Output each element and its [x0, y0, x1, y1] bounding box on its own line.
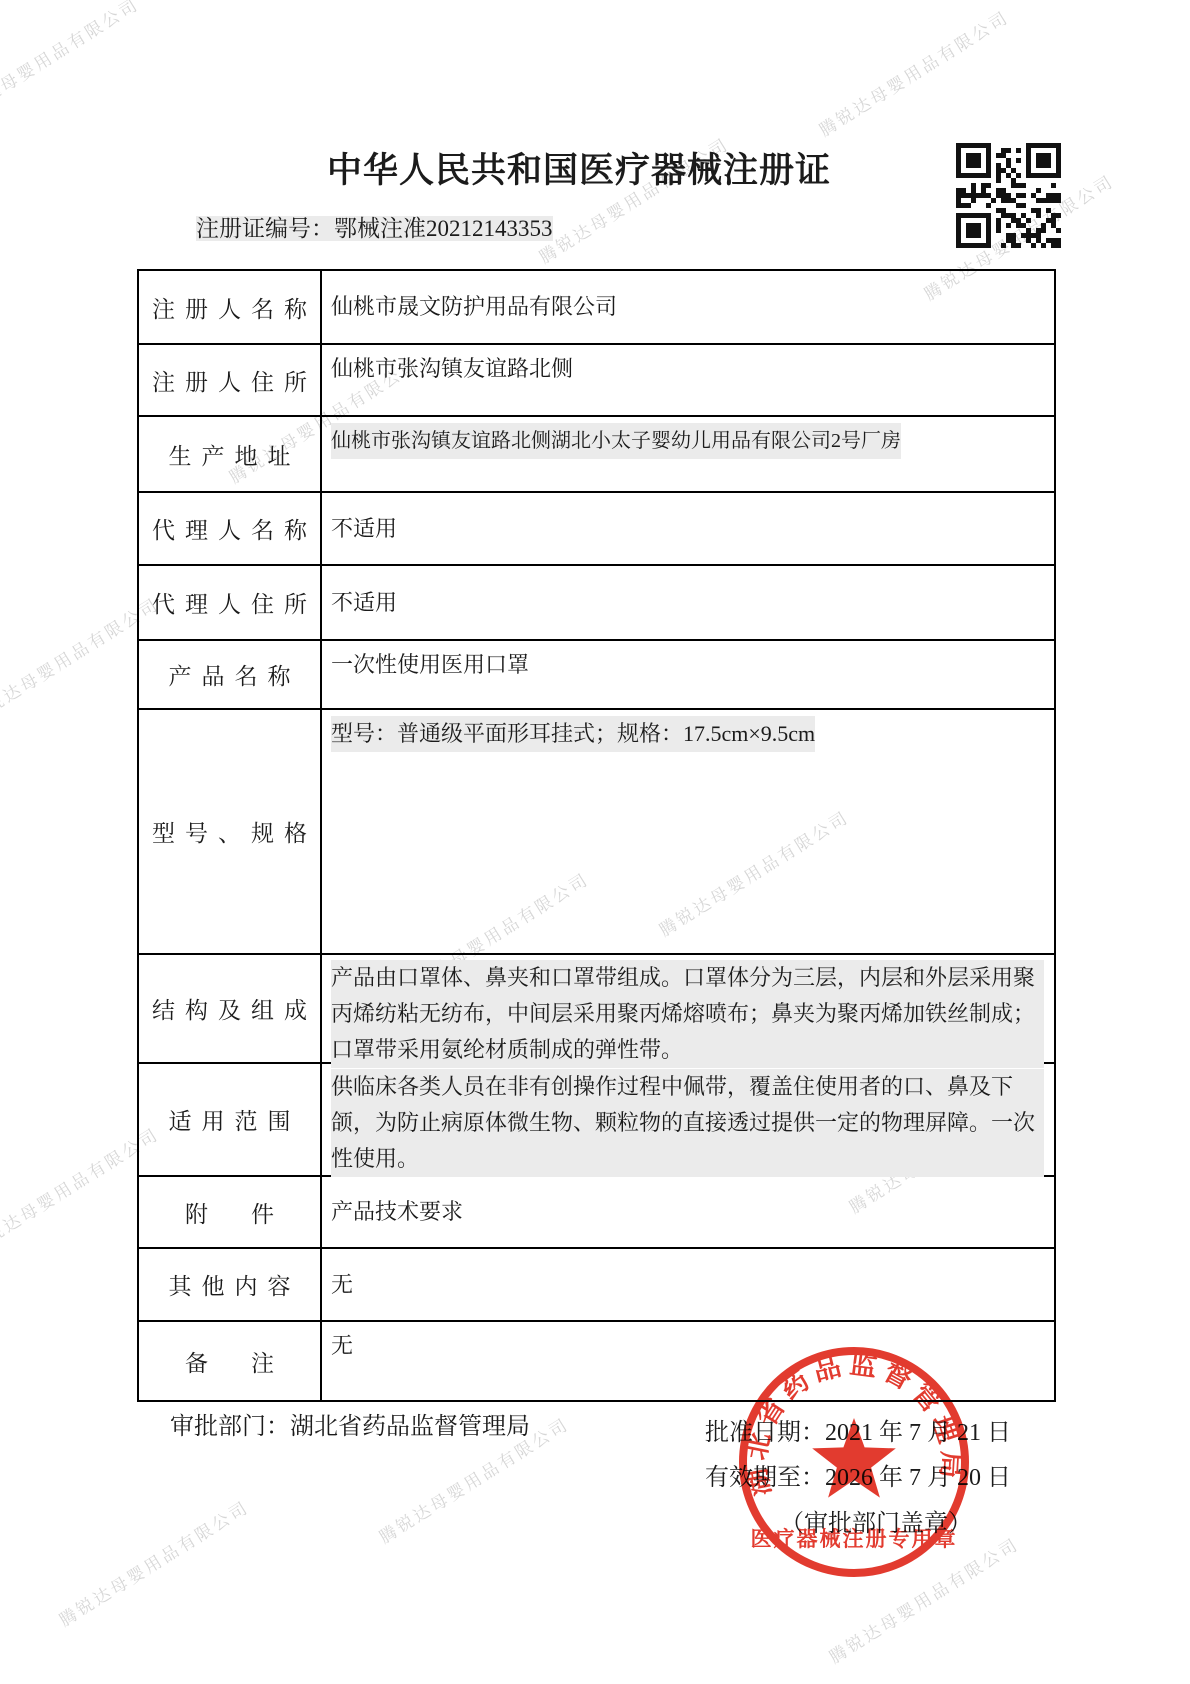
row-label: 产品名称: [139, 641, 322, 708]
qr-code-icon: [956, 143, 1061, 248]
table-row: 附 件 产品技术要求: [139, 1175, 1054, 1247]
row-label: 代理人名称: [139, 493, 322, 564]
table-row: 注册人住所 仙桃市张沟镇友谊路北侧: [139, 343, 1054, 415]
watermark-text: 腾锐达母婴用品有限公司: [53, 1493, 253, 1631]
row-value: 一次性使用医用口罩: [322, 641, 1054, 708]
row-value-text: 无: [331, 1328, 353, 1364]
table-row: 代理人名称 不适用: [139, 491, 1054, 564]
row-label: 其他内容: [139, 1249, 322, 1320]
row-value: 不适用: [322, 566, 1054, 639]
row-value-text: 一次性使用医用口罩: [331, 647, 529, 683]
row-value-text: 供临床各类人员在非有创操作过程中佩带，覆盖住使用者的口、鼻及下颌，为防止病原体微…: [331, 1069, 1044, 1177]
row-value-text: 不适用: [331, 511, 397, 547]
table-row: 型号、规格 型号：普通级平面形耳挂式；规格：17.5cm×9.5cm: [139, 708, 1054, 953]
table-row: 代理人住所 不适用: [139, 564, 1054, 639]
row-value-text: 型号：普通级平面形耳挂式；规格：17.5cm×9.5cm: [331, 716, 815, 752]
row-value-text: 仙桃市张沟镇友谊路北侧: [331, 351, 573, 387]
row-label: 备 注: [139, 1322, 322, 1400]
row-value-text: 仙桃市晟文防护用品有限公司: [331, 289, 617, 325]
row-value-text: 不适用: [331, 585, 397, 621]
row-value: 不适用: [322, 493, 1054, 564]
watermark-text: 腾锐达母婴用品有限公司: [813, 3, 1013, 141]
table-row: 适用范围 供临床各类人员在非有创操作过程中佩带，覆盖住使用者的口、鼻及下颌，为防…: [139, 1062, 1054, 1175]
row-label: 注册人名称: [139, 271, 322, 343]
row-value: 无: [322, 1249, 1054, 1320]
table-row: 结构及组成 产品由口罩体、鼻夹和口罩带组成。口罩体分为三层，内层和外层采用聚丙烯…: [139, 953, 1054, 1062]
row-value-text: 无: [331, 1267, 353, 1303]
row-value-text: 仙桃市张沟镇友谊路北侧湖北小太子婴幼儿用品有限公司2号厂房: [331, 423, 901, 459]
row-label: 生产地址: [139, 417, 322, 491]
row-value: 型号：普通级平面形耳挂式；规格：17.5cm×9.5cm: [322, 710, 1054, 953]
watermark-text: 腾锐达母婴用品有限公司: [0, 0, 143, 128]
row-label: 结构及组成: [139, 955, 322, 1062]
row-label: 注册人住所: [139, 345, 322, 415]
row-value-text: 产品技术要求: [331, 1194, 463, 1230]
row-label: 附 件: [139, 1177, 322, 1247]
row-value: 产品技术要求: [322, 1177, 1054, 1247]
stamp-star: [812, 1418, 896, 1498]
table-row: 其他内容 无: [139, 1247, 1054, 1320]
row-label: 适用范围: [139, 1064, 322, 1175]
stamp-bottom-text: 医疗器械注册专用章: [751, 1527, 958, 1551]
row-label: 代理人住所: [139, 566, 322, 639]
table-row: 注册人名称 仙桃市晟文防护用品有限公司: [139, 271, 1054, 343]
row-value-text: 产品由口罩体、鼻夹和口罩带组成。口罩体分为三层，内层和外层采用聚丙烯纺粘无纺布，…: [331, 960, 1044, 1068]
approval-department: 审批部门：湖北省药品监督管理局: [170, 1406, 530, 1441]
row-label: 型号、规格: [139, 710, 322, 953]
row-value: 产品由口罩体、鼻夹和口罩带组成。口罩体分为三层，内层和外层采用聚丙烯纺粘无纺布，…: [322, 955, 1054, 1062]
registration-number-text: 注册证编号：鄂械注准20212143353: [196, 216, 553, 241]
registration-number: 注册证编号：鄂械注准20212143353: [196, 210, 553, 243]
table-row: 产品名称 一次性使用医用口罩: [139, 639, 1054, 708]
certificate-table: 注册人名称 仙桃市晟文防护用品有限公司 注册人住所 仙桃市张沟镇友谊路北侧 生产…: [137, 269, 1056, 1402]
table-row: 生产地址 仙桃市张沟镇友谊路北侧湖北小太子婴幼儿用品有限公司2号厂房: [139, 415, 1054, 491]
row-value: 供临床各类人员在非有创操作过程中佩带，覆盖住使用者的口、鼻及下颌，为防止病原体微…: [322, 1064, 1054, 1175]
official-stamp: 湖北省药品监督管理局 医疗器械注册专用章: [736, 1344, 972, 1580]
row-value: 仙桃市张沟镇友谊路北侧: [322, 345, 1054, 415]
row-value: 仙桃市晟文防护用品有限公司: [322, 271, 1054, 343]
certificate-page: { "watermark": { "text": "腾锐达母婴用品有限公司" }…: [0, 0, 1190, 1684]
row-value: 仙桃市张沟镇友谊路北侧湖北小太子婴幼儿用品有限公司2号厂房: [322, 417, 1054, 491]
page-title: 中华人民共和国医疗器械注册证: [327, 143, 831, 193]
